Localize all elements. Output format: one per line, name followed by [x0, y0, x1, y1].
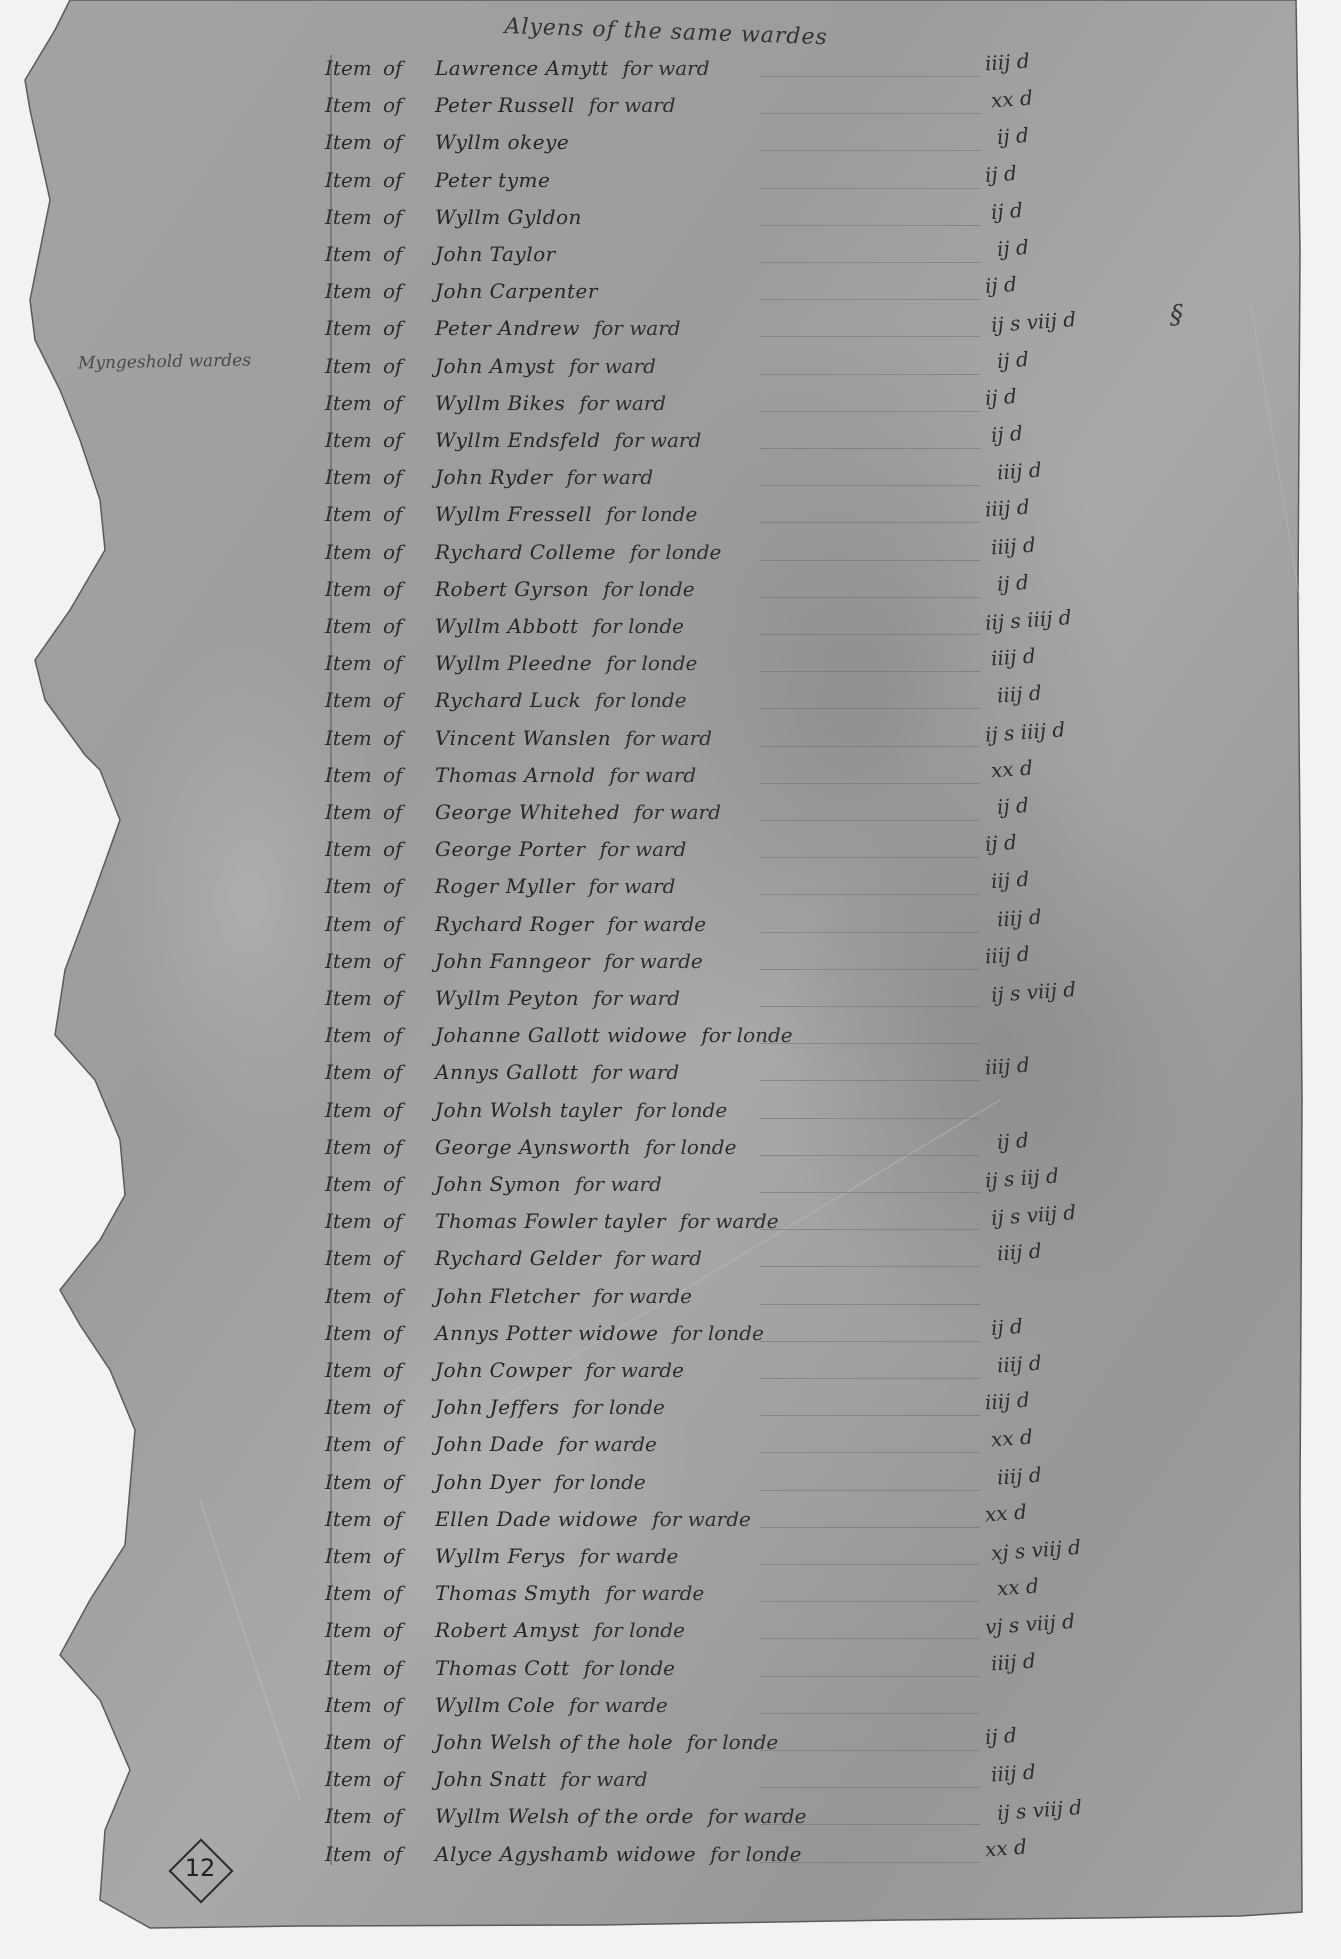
payment-purpose: for londe	[672, 1321, 763, 1345]
amount-value: ij d	[996, 123, 1029, 149]
of-word: of	[383, 614, 435, 638]
payer-name: John Welsh of the hole	[435, 1730, 673, 1754]
ruled-line	[760, 783, 980, 784]
payer-name: John Dyer	[435, 1470, 540, 1494]
list-item: ItemofRychard Gelderfor ward	[325, 1242, 702, 1270]
payment-purpose: for warde	[608, 912, 707, 936]
amount-value: ij s viij d	[990, 307, 1076, 337]
payment-purpose: for ward	[575, 1172, 662, 1196]
payer-name: John Cowper	[435, 1358, 571, 1382]
ruled-line	[760, 708, 980, 709]
of-word: of	[383, 1023, 435, 1047]
amount-value: xx d	[984, 1500, 1027, 1527]
payer-name: Wyllm Abbott	[435, 614, 579, 638]
payer-name: Vincent Wanslen	[435, 726, 611, 750]
item-word: Item	[325, 986, 383, 1010]
item-word: Item	[325, 1544, 383, 1568]
list-item: ItemofPeter Andrewfor ward	[325, 312, 681, 340]
amount-value: xx d	[984, 1835, 1027, 1862]
item-word: Item	[325, 1284, 383, 1308]
ruled-line	[760, 225, 980, 226]
list-item: ItemofGeorge Aynsworthfor londe	[325, 1131, 736, 1159]
item-word: Item	[325, 540, 383, 564]
of-word: of	[383, 1618, 435, 1642]
payer-name: Robert Amyst	[435, 1618, 580, 1642]
ruled-line	[760, 857, 980, 858]
payment-purpose: for warde	[580, 1544, 679, 1568]
ruled-line	[760, 522, 980, 523]
payer-name: Rychard Roger	[435, 912, 594, 936]
payment-purpose: for ward	[625, 726, 712, 750]
list-item: ItemofWyllm Peytonfor ward	[325, 982, 680, 1010]
item-word: Item	[325, 1098, 383, 1122]
of-word: of	[383, 800, 435, 824]
of-word: of	[383, 205, 435, 229]
ruled-line	[760, 1564, 980, 1565]
of-word: of	[383, 279, 435, 303]
ruled-line	[760, 746, 980, 747]
amount-value: xx d	[990, 756, 1033, 783]
list-item: ItemofGeorge Whitehedfor ward	[325, 796, 721, 824]
item-word: Item	[325, 168, 383, 192]
payment-purpose: for ward	[615, 1246, 702, 1270]
of-word: of	[383, 1693, 435, 1717]
amount-value: xj s viij d	[990, 1535, 1081, 1565]
payment-purpose: for ward	[589, 874, 676, 898]
list-item: ItemofWyllm Pleednefor londe	[325, 647, 697, 675]
payer-name: Thomas Fowler tayler	[435, 1209, 666, 1233]
payment-purpose: for ward	[609, 763, 696, 787]
of-word: of	[383, 986, 435, 1010]
ruled-line	[760, 76, 980, 77]
item-word: Item	[325, 1172, 383, 1196]
amount-value: xx d	[990, 86, 1033, 113]
ruled-line	[760, 1452, 980, 1453]
list-item: ItemofRychard Luckfor londe	[325, 684, 687, 712]
list-item: ItemofThomas Fowler taylerfor warde	[325, 1205, 779, 1233]
item-word: Item	[325, 800, 383, 824]
list-item: ItemofGeorge Porterfor ward	[325, 833, 686, 861]
payment-purpose: for ward	[600, 837, 687, 861]
payment-purpose: for warde	[558, 1432, 657, 1456]
item-word: Item	[325, 912, 383, 936]
list-item: ItemofJohn Wolsh taylerfor londe	[325, 1094, 727, 1122]
payer-name: Johanne Gallott widowe	[435, 1023, 687, 1047]
item-word: Item	[325, 1432, 383, 1456]
of-word: of	[383, 540, 435, 564]
payer-name: Rychard Luck	[435, 688, 581, 712]
payer-name: Wyllm Welsh of the orde	[435, 1804, 694, 1828]
list-item: ItemofThomas Cottfor londe	[325, 1652, 675, 1680]
payer-name: Roger Myller	[435, 874, 575, 898]
amount-value: ij d	[984, 272, 1017, 298]
ruled-line	[760, 1824, 980, 1825]
of-word: of	[383, 502, 435, 526]
payment-purpose: for warde	[606, 1581, 705, 1605]
list-item: ItemofRychard Rogerfor warde	[325, 908, 706, 936]
payer-name: John Symon	[435, 1172, 561, 1196]
item-word: Item	[325, 949, 383, 973]
list-item: ItemofRobert Gyrsonfor londe	[325, 573, 695, 601]
list-item: ItemofPeter Russellfor ward	[325, 89, 676, 117]
payment-purpose: for londe	[606, 502, 697, 526]
of-word: of	[383, 93, 435, 117]
item-word: Item	[325, 1804, 383, 1828]
list-item: ItemofVincent Wanslenfor ward	[325, 722, 712, 750]
of-word: of	[383, 1246, 435, 1270]
of-word: of	[383, 391, 435, 415]
list-item: ItemofJohn Dyerfor londe	[325, 1466, 646, 1494]
payment-purpose: for londe	[584, 1656, 675, 1680]
list-item: ItemofPeter tyme	[325, 164, 564, 192]
amount-value: ij s iiij d	[984, 717, 1066, 747]
payer-name: John Fanngeor	[435, 949, 590, 973]
payer-name: Wyllm Pleedne	[435, 651, 592, 675]
list-item: ItemofThomas Smythfor warde	[325, 1577, 704, 1605]
payer-name: Peter Andrew	[435, 316, 580, 340]
entries-list: ItemofLawrence Amyttfor wardiiij dItemof…	[0, 0, 1341, 1959]
item-word: Item	[325, 1693, 383, 1717]
amount-value: xx d	[990, 1425, 1033, 1452]
amount-value: iiij d	[996, 680, 1042, 707]
ruled-line	[760, 485, 980, 486]
ruled-line	[760, 820, 980, 821]
item-word: Item	[325, 1581, 383, 1605]
item-word: Item	[325, 726, 383, 750]
ruled-line	[760, 336, 980, 337]
list-item: ItemofJohn Cowperfor warde	[325, 1354, 684, 1382]
amount-value: iiij d	[990, 1759, 1036, 1786]
ruled-line	[760, 1192, 980, 1193]
item-word: Item	[325, 1135, 383, 1159]
of-word: of	[383, 1098, 435, 1122]
payment-purpose: for londe	[606, 651, 697, 675]
ruled-line	[760, 448, 980, 449]
payment-purpose: for ward	[592, 1060, 679, 1084]
payer-name: John Jeffers	[435, 1395, 560, 1419]
ruled-line	[760, 1304, 980, 1305]
amount-value: ij d	[996, 347, 1029, 373]
ruled-line	[760, 597, 980, 598]
ruled-line	[760, 1490, 980, 1491]
item-word: Item	[325, 1730, 383, 1754]
amount-value: ij d	[990, 198, 1023, 224]
amount-value: iiij d	[990, 1648, 1036, 1675]
list-item: ItemofWyllm Ferysfor warde	[325, 1540, 678, 1568]
of-word: of	[383, 56, 435, 80]
list-item: ItemofJohn Amystfor ward	[325, 350, 656, 378]
item-word: Item	[325, 1321, 383, 1345]
ruled-line	[760, 671, 980, 672]
item-word: Item	[325, 465, 383, 489]
payer-name: John Carpenter	[435, 279, 598, 303]
item-word: Item	[325, 502, 383, 526]
amount-value: ij s viij d	[996, 1795, 1082, 1825]
ruled-line	[760, 1713, 980, 1714]
payer-name: Wyllm Cole	[435, 1693, 555, 1717]
amount-value: ij d	[984, 384, 1017, 410]
of-word: of	[383, 316, 435, 340]
of-word: of	[383, 1209, 435, 1233]
of-word: of	[383, 465, 435, 489]
item-word: Item	[325, 130, 383, 154]
list-item: ItemofJohn Dadefor warde	[325, 1428, 657, 1456]
amount-value: ij d	[984, 830, 1017, 856]
amount-value: xx d	[996, 1574, 1039, 1601]
of-word: of	[383, 651, 435, 675]
payer-name: John Amyst	[435, 354, 555, 378]
item-word: Item	[325, 1060, 383, 1084]
payer-name: Rychard Colleme	[435, 540, 616, 564]
of-word: of	[383, 242, 435, 266]
ruled-line	[760, 1601, 980, 1602]
amount-value: ij d	[990, 1314, 1023, 1340]
item-word: Item	[325, 354, 383, 378]
list-item: ItemofWyllm Abbottfor londe	[325, 610, 684, 638]
list-item: ItemofJohn Snattfor ward	[325, 1763, 648, 1791]
list-item: ItemofJohn Jeffersfor londe	[325, 1391, 665, 1419]
item-word: Item	[325, 1395, 383, 1419]
list-item: ItemofJohn Ryderfor ward	[325, 461, 653, 489]
amount-value: ij d	[996, 570, 1029, 596]
ruled-line	[760, 1638, 980, 1639]
ruled-line	[760, 1080, 980, 1081]
of-word: of	[383, 1804, 435, 1828]
payer-name: Wyllm Gyldon	[435, 205, 582, 229]
amount-value: ij d	[984, 1723, 1017, 1749]
of-word: of	[383, 763, 435, 787]
payment-purpose: for ward	[566, 465, 653, 489]
of-word: of	[383, 1470, 435, 1494]
of-word: of	[383, 1284, 435, 1308]
ruled-line	[760, 634, 980, 635]
list-item: ItemofWyllm Colefor warde	[325, 1689, 668, 1717]
amount-value: iij d	[990, 867, 1030, 894]
payer-name: Rychard Gelder	[435, 1246, 601, 1270]
payer-name: John Ryder	[435, 465, 552, 489]
list-item: ItemofJohn Carpenter	[325, 275, 612, 303]
item-word: Item	[325, 1618, 383, 1642]
amount-value: iiij d	[996, 904, 1042, 931]
list-item: ItemofRoger Myllerfor ward	[325, 870, 675, 898]
ruled-line	[760, 1006, 980, 1007]
payment-purpose: for warde	[585, 1358, 684, 1382]
item-word: Item	[325, 1767, 383, 1791]
item-word: Item	[325, 577, 383, 601]
payer-name: Wyllm Bikes	[435, 391, 565, 415]
amount-value: iiij d	[996, 457, 1042, 484]
list-item: ItemofJohn Fletcherfor warde	[325, 1280, 692, 1308]
payer-name: George Porter	[435, 837, 586, 861]
payer-name: Ellen Dade widowe	[435, 1507, 638, 1531]
ruled-line	[760, 1341, 980, 1342]
amount-value: ij d	[984, 161, 1017, 187]
payment-purpose: for ward	[579, 391, 666, 415]
of-word: of	[383, 577, 435, 601]
amount-value: ij d	[996, 793, 1029, 819]
amount-value: iiij d	[996, 1462, 1042, 1489]
of-word: of	[383, 1060, 435, 1084]
item-word: Item	[325, 1023, 383, 1047]
payment-purpose: for ward	[615, 428, 702, 452]
amount-value: ij s viij d	[990, 977, 1076, 1007]
payment-purpose: for londe	[603, 577, 694, 601]
ruled-line	[760, 411, 980, 412]
item-word: Item	[325, 1209, 383, 1233]
of-word: of	[383, 1767, 435, 1791]
payment-purpose: for londe	[645, 1135, 736, 1159]
amount-value: iiij d	[984, 48, 1030, 75]
ruled-line	[760, 1043, 980, 1044]
ruled-line	[760, 1527, 980, 1528]
item-word: Item	[325, 428, 383, 452]
amount-value: iiij d	[996, 1238, 1042, 1265]
list-item: ItemofWyllm okeye	[325, 126, 583, 154]
amount-value: iiij d	[990, 643, 1036, 670]
list-item: ItemofWyllm Gyldon	[325, 201, 596, 229]
of-word: of	[383, 1581, 435, 1605]
payment-purpose: for ward	[589, 93, 676, 117]
of-word: of	[383, 726, 435, 750]
ruled-line	[760, 188, 980, 189]
payer-name: Lawrence Amytt	[435, 56, 609, 80]
item-word: Item	[325, 93, 383, 117]
ruled-line	[760, 113, 980, 114]
payment-purpose: for ward	[623, 56, 710, 80]
payer-name: Peter Russell	[435, 93, 575, 117]
amount-value: ij d	[996, 235, 1029, 261]
payment-purpose: for londe	[594, 1618, 685, 1642]
ruled-line	[760, 262, 980, 263]
of-word: of	[383, 874, 435, 898]
of-word: of	[383, 354, 435, 378]
ruled-line	[760, 1378, 980, 1379]
of-word: of	[383, 1842, 435, 1866]
payer-name: Annys Gallott	[435, 1060, 578, 1084]
of-word: of	[383, 168, 435, 192]
of-word: of	[383, 1321, 435, 1345]
ruled-line	[760, 1155, 980, 1156]
item-word: Item	[325, 242, 383, 266]
payer-name: Wyllm Endsfeld	[435, 428, 601, 452]
list-item: ItemofJohanne Gallott widowefor londe	[325, 1019, 793, 1047]
item-word: Item	[325, 1656, 383, 1680]
payer-name: John Taylor	[435, 242, 556, 266]
of-word: of	[383, 1135, 435, 1159]
of-word: of	[383, 1730, 435, 1754]
of-word: of	[383, 949, 435, 973]
payer-name: Wyllm Ferys	[435, 1544, 566, 1568]
payment-purpose: for warde	[604, 949, 703, 973]
of-word: of	[383, 688, 435, 712]
payer-name: George Whitehed	[435, 800, 620, 824]
list-item: ItemofRychard Collemefor londe	[325, 536, 721, 564]
of-word: of	[383, 130, 435, 154]
payment-purpose: for ward	[594, 316, 681, 340]
payment-purpose: for warde	[652, 1507, 751, 1531]
payer-name: Thomas Arnold	[435, 763, 595, 787]
list-item: ItemofWyllm Endsfeldfor ward	[325, 424, 701, 452]
list-item: ItemofEllen Dade widowefor warde	[325, 1503, 751, 1531]
payment-purpose: for warde	[593, 1284, 692, 1308]
of-word: of	[383, 1507, 435, 1531]
of-word: of	[383, 1358, 435, 1382]
list-item: ItemofAlyce Agyshamb widowefor londe	[325, 1838, 801, 1866]
ruled-line	[760, 932, 980, 933]
of-word: of	[383, 1395, 435, 1419]
ruled-line	[760, 1750, 980, 1751]
list-item: ItemofLawrence Amyttfor ward	[325, 52, 710, 80]
amount-value: iiij d	[984, 1387, 1030, 1414]
folio-number-stamp: 12	[170, 1840, 230, 1900]
payer-name: John Wolsh tayler	[435, 1098, 622, 1122]
ruled-line	[760, 560, 980, 561]
list-item: ItemofWyllm Fressellfor londe	[325, 498, 697, 526]
of-word: of	[383, 1432, 435, 1456]
of-word: of	[383, 1656, 435, 1680]
ruled-line	[760, 1787, 980, 1788]
list-item: ItemofJohn Symonfor ward	[325, 1168, 662, 1196]
list-item: ItemofWyllm Welsh of the ordefor warde	[325, 1800, 806, 1828]
ruled-line	[760, 894, 980, 895]
of-word: of	[383, 1172, 435, 1196]
item-word: Item	[325, 56, 383, 80]
item-word: Item	[325, 651, 383, 675]
ruled-line	[760, 1415, 980, 1416]
payment-purpose: for ward	[561, 1767, 648, 1791]
payer-name: John Snatt	[435, 1767, 547, 1791]
ruled-line	[760, 299, 980, 300]
payer-name: Wyllm okeye	[435, 130, 569, 154]
payer-name: Wyllm Fressell	[435, 502, 592, 526]
ruled-line	[760, 374, 980, 375]
item-word: Item	[325, 1246, 383, 1270]
amount-value: iiij d	[984, 941, 1030, 968]
item-word: Item	[325, 279, 383, 303]
item-word: Item	[325, 837, 383, 861]
payer-name: Thomas Smyth	[435, 1581, 592, 1605]
payment-purpose: for londe	[574, 1395, 665, 1419]
item-word: Item	[325, 1470, 383, 1494]
payment-purpose: for londe	[630, 540, 721, 564]
amount-value: iiij d	[984, 494, 1030, 521]
list-item: ItemofAnnys Gallottfor ward	[325, 1056, 679, 1084]
ruled-line	[760, 150, 980, 151]
item-word: Item	[325, 205, 383, 229]
folio-number: 12	[170, 1854, 230, 1882]
list-item: ItemofJohn Taylor	[325, 238, 570, 266]
list-item: ItemofWyllm Bikesfor ward	[325, 387, 666, 415]
item-word: Item	[325, 614, 383, 638]
item-word: Item	[325, 1842, 383, 1866]
amount-value: ij d	[996, 1128, 1029, 1154]
of-word: of	[383, 912, 435, 936]
ruled-line	[760, 1266, 980, 1267]
item-word: Item	[325, 1358, 383, 1382]
payer-name: John Dade	[435, 1432, 544, 1456]
payer-name: Thomas Cott	[435, 1656, 570, 1680]
list-item: ItemofJohn Welsh of the holefor londe	[325, 1726, 778, 1754]
list-item: ItemofThomas Arnoldfor ward	[325, 759, 696, 787]
amount-value: ij s viij d	[990, 1200, 1076, 1230]
payer-name: Alyce Agyshamb widowe	[435, 1842, 696, 1866]
payment-purpose: for londe	[595, 688, 686, 712]
payment-purpose: for londe	[636, 1098, 727, 1122]
amount-value: ij s iij d	[984, 1163, 1059, 1192]
item-word: Item	[325, 1507, 383, 1531]
payer-name: Annys Potter widowe	[435, 1321, 658, 1345]
ruled-line	[760, 1229, 980, 1230]
